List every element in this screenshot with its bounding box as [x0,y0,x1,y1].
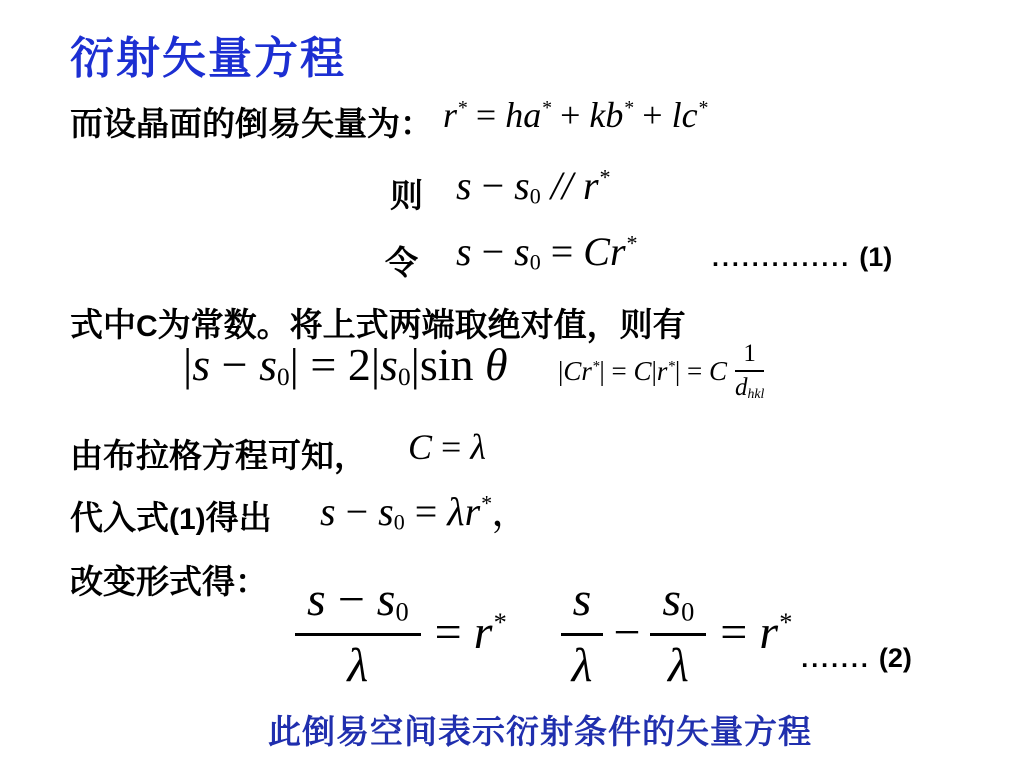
intro-line: 而设晶面的倒易矢量为： [70,98,433,145]
fraction-numerator-s-minus-s0: s − s0 [295,572,421,636]
substituted-formula: s − s0 = λr*， [320,480,531,537]
fraction-numerator-s: s [561,572,604,636]
minus-sign: − [613,605,640,660]
substitute-statement-post: 得出 [206,501,272,537]
fraction-denominator-lambda-2: λ [572,636,593,693]
constant-symbol: C [136,310,158,343]
fraction-s-over-lambda: s λ [561,572,604,693]
slide-canvas: 衍射矢量方程 而设晶面的倒易矢量为： r* = ha* + kb* + lc* … [0,0,1024,768]
slide-title: 衍射矢量方程 [70,22,346,86]
equation-1-reference: .............. (1) [712,242,892,273]
fraction-numerator-s0: s0 [650,572,706,636]
fraction-numerator-one: 1 [735,340,764,372]
equation-2-reference: ....... (2) [801,643,912,674]
substitute-statement-pre: 代入式 [70,501,169,537]
definition-formula: s − s0 = Cr* [456,228,637,275]
c-equals-lambda-formula: C = λ [408,426,486,468]
magnitude-formula-left: |Cr*| = C|r*| = C [558,356,727,387]
fraction-one-over-dhkl: 1 dhkl [735,340,764,402]
fraction-s0-over-lambda: s0 λ [650,572,706,693]
magnitude-formula: |Cr*| = C|r*| = C 1 dhkl [558,340,764,402]
fraction-denominator-lambda-3: λ [668,636,689,693]
equals-r-star-2: = r* [720,605,791,660]
equals-r-star: = r* [435,605,506,660]
equation-1-dots: .............. [712,244,851,273]
fraction-denominator-dhkl: dhkl [735,372,764,402]
let-label: 令 [385,237,418,284]
fraction-s-minus-s0-over-lambda: s − s0 λ [295,572,421,693]
absolute-value-formula: |s − s0| = 2|s0|sin θ [183,338,508,392]
substitute-equation-number: (1) [169,503,206,536]
equation-2-number: (2) [879,643,912,674]
equation-1-number: (1) [859,242,892,273]
vector-equation-row: s − s0 λ = r* s λ − s0 λ = r* ....... (2… [295,572,912,693]
then-label: 则 [390,170,423,217]
footer-note: 此倒易空间表示衍射条件的矢量方程 [268,706,812,753]
equation-2-dots: ....... [801,645,871,674]
substitute-statement: 代入式(1)得出 [70,492,272,539]
constant-explanation-pre: 式中 [70,308,136,344]
parallel-condition-formula: s − s0 // r* [456,162,610,209]
bragg-statement: 由布拉格方程可知， [70,430,367,477]
transform-statement: 改变形式得： [70,556,268,603]
reciprocal-vector-formula: r* = ha* + kb* + lc* [443,94,707,136]
fraction-denominator-lambda: λ [347,636,368,693]
